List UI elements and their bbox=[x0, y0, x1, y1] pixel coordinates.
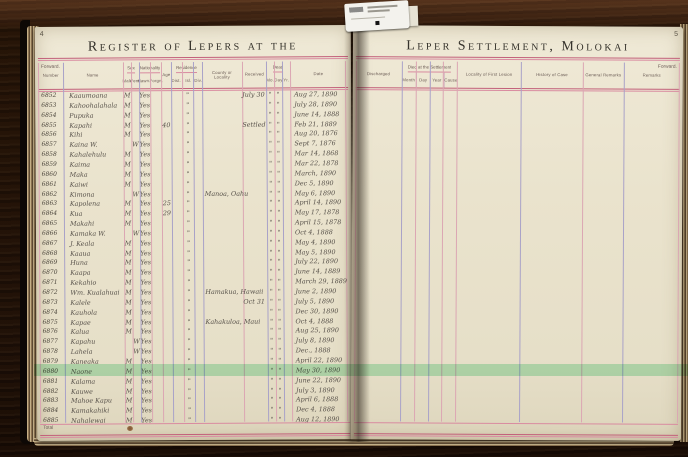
entry-female bbox=[131, 90, 139, 100]
entry-d2: " bbox=[275, 168, 283, 178]
entry-res1 bbox=[172, 228, 183, 238]
entry-d2: " bbox=[275, 178, 283, 188]
entry-haw: Yes bbox=[139, 90, 150, 100]
entry-date: April 15, 1878 bbox=[291, 217, 347, 227]
entry-haw: Yes bbox=[139, 100, 150, 110]
entry-received bbox=[243, 218, 267, 228]
entry-date: Dec 4, 1888 bbox=[292, 404, 348, 414]
entry-female: W bbox=[132, 189, 140, 199]
entry-female bbox=[132, 277, 140, 287]
entry-name: Kapahu bbox=[65, 337, 125, 347]
entry-d2: " bbox=[274, 99, 282, 109]
entry-male: M bbox=[124, 258, 132, 268]
entry-haw: Yes bbox=[140, 218, 151, 228]
entry-haw: Yes bbox=[141, 386, 152, 396]
entry-res2: " bbox=[184, 326, 195, 336]
entry-date: Dec 5, 1890 bbox=[291, 178, 347, 188]
entry-date: July 28, 1890 bbox=[290, 99, 346, 109]
entry-no: 6879 bbox=[40, 357, 65, 367]
entry-res2: " bbox=[184, 317, 195, 327]
entry-d1: " bbox=[268, 395, 276, 405]
entry-received bbox=[242, 139, 266, 149]
entry-res1 bbox=[172, 189, 183, 199]
entry-res3 bbox=[193, 110, 202, 120]
entry-female bbox=[132, 248, 140, 258]
entry-haw: Yes bbox=[139, 130, 150, 140]
entry-d1: " bbox=[266, 90, 274, 100]
entry-name: Kaiwi bbox=[64, 179, 124, 189]
entry-date: June 14, 1889 bbox=[291, 266, 347, 276]
entry-haw: Yes bbox=[140, 238, 151, 248]
entry-female bbox=[132, 218, 140, 228]
entry-for bbox=[151, 277, 162, 287]
entry-received: Oct 31 bbox=[243, 296, 267, 306]
entry-male: M bbox=[125, 386, 133, 396]
entry-name: Makahi bbox=[64, 218, 124, 228]
entry-for bbox=[151, 287, 162, 297]
entry-female bbox=[133, 356, 141, 366]
entry-received bbox=[243, 287, 267, 297]
entry-d3 bbox=[283, 296, 291, 306]
entry-name: Kaapa bbox=[64, 268, 124, 278]
entry-res3 bbox=[195, 326, 204, 336]
entry-d1: " bbox=[267, 247, 275, 257]
entry-d1: " bbox=[266, 99, 274, 109]
entry-age bbox=[162, 159, 172, 169]
entry-age bbox=[162, 258, 172, 268]
entry-for bbox=[152, 327, 163, 337]
entry-d3 bbox=[284, 326, 292, 336]
entry-name: Kaina W. bbox=[63, 140, 123, 150]
entry-received bbox=[243, 178, 267, 188]
entry-res1 bbox=[171, 90, 182, 100]
entry-county bbox=[203, 267, 243, 277]
entry-for bbox=[152, 366, 163, 376]
entry-d2: " bbox=[275, 198, 283, 208]
entry-name: Kua bbox=[64, 209, 124, 219]
entry-for bbox=[150, 120, 161, 130]
entry-male bbox=[125, 337, 133, 347]
entry-res2: " bbox=[182, 90, 193, 100]
entry-county: Manoa, Oahu bbox=[203, 188, 243, 198]
entry-res3 bbox=[194, 228, 203, 238]
entry-d3 bbox=[283, 247, 291, 257]
entry-county bbox=[202, 149, 242, 159]
entry-d3 bbox=[282, 99, 290, 109]
grid-column-line bbox=[455, 62, 520, 422]
entry-male bbox=[125, 346, 133, 356]
entry-female bbox=[131, 149, 139, 159]
entry-res2: " bbox=[184, 346, 195, 356]
entry-age bbox=[162, 297, 172, 307]
entry-male: M bbox=[123, 149, 131, 159]
entry-res1 bbox=[172, 218, 183, 228]
entry-haw: Yes bbox=[140, 248, 151, 258]
entry-haw: Yes bbox=[140, 287, 151, 297]
entry-for bbox=[151, 267, 162, 277]
entry-received bbox=[243, 188, 267, 198]
entry-res1 bbox=[172, 159, 183, 169]
entry-no: 6874 bbox=[39, 307, 64, 317]
entry-for bbox=[151, 218, 162, 228]
entry-no: 6876 bbox=[40, 327, 65, 337]
entry-female: W bbox=[133, 337, 141, 347]
entry-haw: Yes bbox=[140, 307, 151, 317]
entry-county bbox=[204, 395, 244, 405]
entry-no: 6869 bbox=[39, 258, 64, 268]
entry-d2: " bbox=[276, 355, 284, 365]
entry-county bbox=[204, 326, 244, 336]
entry-date: Mar 22, 1878 bbox=[291, 158, 347, 168]
entry-male: M bbox=[124, 278, 132, 288]
entry-d2: " bbox=[275, 227, 283, 237]
entry-res1 bbox=[172, 248, 183, 258]
entry-date: May 5, 1890 bbox=[291, 247, 347, 257]
entry-name: Kekahio bbox=[64, 278, 124, 288]
entry-county bbox=[202, 100, 242, 110]
entry-age bbox=[162, 248, 172, 258]
entry-for bbox=[150, 139, 161, 149]
entry-res3 bbox=[194, 179, 203, 189]
entry-female bbox=[131, 110, 139, 120]
entry-d3 bbox=[284, 316, 292, 326]
entry-female: W bbox=[133, 346, 141, 356]
entry-received bbox=[244, 405, 268, 415]
entry-d1: " bbox=[267, 237, 275, 247]
entry-res1 bbox=[172, 277, 183, 287]
entry-male: M bbox=[124, 218, 132, 228]
entry-for bbox=[150, 90, 161, 100]
entry-no: 6884 bbox=[40, 406, 65, 416]
entry-female bbox=[132, 179, 140, 189]
entry-res2: " bbox=[183, 228, 194, 238]
entry-haw: Yes bbox=[141, 356, 152, 366]
right-column-grid bbox=[354, 61, 680, 423]
entry-d1: " bbox=[267, 287, 275, 297]
entry-county bbox=[203, 257, 243, 267]
entry-d1: " bbox=[268, 385, 276, 395]
entry-d3 bbox=[283, 306, 291, 316]
entry-age bbox=[162, 238, 172, 248]
entry-no: 6855 bbox=[38, 120, 63, 130]
entry-male: M bbox=[124, 179, 132, 189]
entry-d2: " bbox=[275, 267, 283, 277]
entry-res3 bbox=[195, 376, 204, 386]
entry-d1: " bbox=[266, 109, 274, 119]
entry-d2: " bbox=[275, 218, 283, 228]
entry-age bbox=[161, 100, 171, 110]
entry-county bbox=[203, 159, 243, 169]
entry-county bbox=[202, 90, 242, 100]
entry-res2: " bbox=[183, 218, 194, 228]
entry-name: Lahela bbox=[65, 347, 125, 357]
entry-for bbox=[152, 336, 163, 346]
entry-res1 bbox=[172, 307, 183, 317]
entry-res3 bbox=[193, 100, 202, 110]
entry-date: July 22, 1890 bbox=[291, 257, 347, 267]
entry-d1: " bbox=[267, 306, 275, 316]
entry-received bbox=[243, 208, 267, 218]
entry-name: J. Keala bbox=[64, 238, 124, 248]
entry-age bbox=[161, 90, 171, 100]
entry-date: March 29, 1889 bbox=[291, 276, 347, 286]
entry-d2: " bbox=[275, 286, 283, 296]
entry-county bbox=[203, 178, 243, 188]
entry-res3 bbox=[193, 119, 202, 129]
entry-for bbox=[151, 179, 162, 189]
entry-no: 6870 bbox=[39, 268, 64, 278]
entry-name: Kamakahiki bbox=[65, 406, 125, 416]
entry-res3 bbox=[194, 287, 203, 297]
entry-d3 bbox=[282, 119, 290, 129]
entry-d3 bbox=[283, 267, 291, 277]
entry-res2: " bbox=[182, 120, 193, 130]
entry-res2: " bbox=[183, 238, 194, 248]
entry-date: July 5, 1890 bbox=[291, 296, 347, 306]
entry-d1: " bbox=[268, 405, 276, 415]
entry-d2: " bbox=[276, 395, 284, 405]
left-entries: 6852KaaumoanaMYes"July 30""Aug 27, 18906… bbox=[38, 89, 350, 441]
entry-haw: Yes bbox=[141, 405, 152, 415]
entry-d3 bbox=[283, 158, 291, 168]
entry-no: 6857 bbox=[38, 140, 63, 150]
entry-female bbox=[131, 120, 139, 130]
entry-no: 6881 bbox=[40, 376, 65, 386]
entry-d3 bbox=[283, 277, 291, 287]
entry-d3 bbox=[283, 237, 291, 247]
entry-haw: Yes bbox=[140, 297, 151, 307]
entry-res1 bbox=[171, 139, 182, 149]
entry-male: M bbox=[125, 366, 133, 376]
entry-male bbox=[124, 189, 132, 199]
entry-haw: Yes bbox=[139, 110, 150, 120]
entry-male: M bbox=[124, 209, 132, 219]
entry-res3 bbox=[194, 267, 203, 277]
entry-d3 bbox=[284, 385, 292, 395]
entry-res3 bbox=[193, 149, 202, 159]
entry-haw: Yes bbox=[140, 189, 151, 199]
entry-res2: " bbox=[183, 159, 194, 169]
entry-d1: " bbox=[267, 227, 275, 237]
entry-age bbox=[162, 179, 172, 189]
entry-res1 bbox=[173, 336, 184, 346]
entry-no: 6878 bbox=[40, 347, 65, 357]
entry-res2: " bbox=[184, 385, 195, 395]
entry-received bbox=[243, 198, 267, 208]
entry-no: 6877 bbox=[40, 337, 65, 347]
ledger-photo: 4 Register of Lepers at the NumberNameSe… bbox=[0, 0, 688, 457]
entry-county: Hamakua, Hawaii bbox=[203, 287, 243, 297]
entry-name: Wm. Kualahuai bbox=[64, 287, 124, 297]
entry-haw: Yes bbox=[139, 120, 150, 130]
entry-res1 bbox=[173, 356, 184, 366]
entry-res2: " bbox=[183, 179, 194, 189]
entry-county bbox=[203, 228, 243, 238]
entry-no: 6854 bbox=[38, 110, 63, 120]
entry-female bbox=[132, 159, 140, 169]
entry-female bbox=[131, 130, 139, 140]
entry-female bbox=[133, 327, 141, 337]
entry-female bbox=[133, 366, 141, 376]
entry-res2: " bbox=[183, 297, 194, 307]
entry-d1: " bbox=[267, 296, 275, 306]
entry-age bbox=[163, 317, 173, 327]
entry-county bbox=[202, 129, 242, 139]
entry-county bbox=[204, 385, 244, 395]
forward-label-right: Forward. bbox=[658, 65, 677, 70]
entry-d2: " bbox=[276, 385, 284, 395]
entry-res1 bbox=[173, 326, 184, 336]
entry-haw: Yes bbox=[140, 258, 151, 268]
entry-female bbox=[133, 317, 141, 327]
entry-res3 bbox=[195, 405, 204, 415]
entry-date: April 6, 1888 bbox=[292, 394, 348, 404]
entry-male: M bbox=[125, 396, 133, 406]
entry-male: M bbox=[124, 287, 132, 297]
entry-male: M bbox=[125, 376, 133, 386]
entry-no: 6862 bbox=[39, 189, 64, 199]
entry-age bbox=[163, 346, 173, 356]
entry-d2: " bbox=[274, 109, 282, 119]
entry-haw: Yes bbox=[140, 208, 151, 218]
entry-male: M bbox=[124, 169, 132, 179]
entry-for bbox=[151, 159, 162, 169]
entry-res3 bbox=[194, 188, 203, 198]
entry-name: Kapahi bbox=[63, 120, 123, 130]
entry-date: Oct 4, 1888 bbox=[291, 227, 347, 237]
entry-age bbox=[161, 110, 171, 120]
entry-no: 6880 bbox=[40, 367, 65, 377]
entry-res3 bbox=[193, 90, 202, 100]
entry-name: Kahalehulu bbox=[63, 150, 123, 160]
entry-date: May 6, 1890 bbox=[291, 188, 347, 198]
entry-county bbox=[204, 346, 244, 356]
entry-d1: " bbox=[268, 326, 276, 336]
entry-age bbox=[163, 395, 173, 405]
entry-d1: " bbox=[267, 158, 275, 168]
entry-res1 bbox=[172, 198, 183, 208]
entry-received bbox=[243, 306, 267, 316]
entry-no: 6853 bbox=[38, 101, 63, 111]
entry-age: 29 bbox=[162, 208, 172, 218]
entry-age bbox=[162, 277, 172, 287]
entry-date: Feb 21, 1889 bbox=[290, 119, 346, 129]
entry-age bbox=[163, 376, 173, 386]
entry-res3 bbox=[194, 297, 203, 307]
entry-no: 6873 bbox=[39, 298, 64, 308]
entry-d1: " bbox=[268, 355, 276, 365]
entry-res1 bbox=[173, 405, 184, 415]
entry-received bbox=[243, 267, 267, 277]
entry-for bbox=[151, 248, 162, 258]
entry-age bbox=[161, 139, 171, 149]
entry-name: Kapae bbox=[65, 317, 125, 327]
entry-res1 bbox=[172, 208, 183, 218]
entry-age bbox=[163, 386, 173, 396]
entry-name: Kapolena bbox=[64, 199, 124, 209]
entry-county bbox=[203, 198, 243, 208]
entry-age bbox=[163, 366, 173, 376]
entry-d2: " bbox=[275, 208, 283, 218]
entry-for bbox=[151, 169, 162, 179]
entry-female bbox=[132, 209, 140, 219]
entry-res3 bbox=[194, 277, 203, 287]
entry-for bbox=[152, 356, 163, 366]
entry-res3 bbox=[193, 129, 202, 139]
entry-for bbox=[151, 297, 162, 307]
entry-haw: Yes bbox=[140, 228, 151, 238]
entry-d2: " bbox=[274, 139, 282, 149]
entry-age bbox=[163, 405, 173, 415]
entry-d2: " bbox=[276, 405, 284, 415]
entry-no: 6865 bbox=[39, 219, 64, 229]
entry-res2: " bbox=[183, 189, 194, 199]
entry-res1 bbox=[172, 169, 183, 179]
entry-d2: " bbox=[276, 336, 284, 346]
entry-received bbox=[244, 375, 268, 385]
entry-name: Kaima bbox=[64, 159, 124, 169]
entry-no: 6875 bbox=[40, 317, 65, 327]
entry-d1: " bbox=[266, 129, 274, 139]
entry-no: 6856 bbox=[38, 130, 63, 140]
entry-no: 6858 bbox=[38, 150, 63, 160]
entry-date: Aug 20, 1876 bbox=[290, 128, 346, 138]
entry-haw: Yes bbox=[140, 179, 151, 189]
entry-for bbox=[150, 149, 161, 159]
entry-county bbox=[202, 119, 242, 129]
entry-d3 bbox=[283, 208, 291, 218]
entry-received bbox=[244, 316, 268, 326]
entry-res3 bbox=[194, 198, 203, 208]
entry-age bbox=[162, 189, 172, 199]
entry-res2: " bbox=[183, 248, 194, 258]
entry-d1: " bbox=[267, 267, 275, 277]
entry-res1 bbox=[173, 317, 184, 327]
entry-male: M bbox=[124, 159, 132, 169]
entry-haw: Yes bbox=[140, 169, 151, 179]
entry-received bbox=[242, 99, 266, 109]
entry-res1 bbox=[173, 395, 184, 405]
entry-male: M bbox=[125, 356, 133, 366]
tag-text-line bbox=[368, 9, 390, 12]
entry-for bbox=[150, 100, 161, 110]
entry-female bbox=[133, 396, 141, 406]
entry-d3 bbox=[283, 178, 291, 188]
entry-no: 6859 bbox=[39, 160, 64, 170]
entry-for bbox=[152, 396, 163, 406]
entry-county bbox=[203, 237, 243, 247]
entry-female bbox=[133, 376, 141, 386]
entry-res1 bbox=[172, 179, 183, 189]
entry-haw: Yes bbox=[140, 159, 151, 169]
entry-haw: Yes bbox=[140, 277, 151, 287]
entry-male: M bbox=[125, 317, 133, 327]
entry-female bbox=[132, 258, 140, 268]
register-left-page: 4 Register of Lepers at the NumberNameSe… bbox=[35, 25, 354, 441]
entry-d1: " bbox=[268, 316, 276, 326]
entry-res1 bbox=[172, 267, 183, 277]
entry-male: M bbox=[123, 110, 131, 120]
entry-age bbox=[162, 228, 172, 238]
entry-d2: " bbox=[275, 277, 283, 287]
right-page-title: Leper Settlement, Molokai bbox=[353, 38, 683, 56]
entry-no: 6872 bbox=[39, 288, 64, 298]
entry-no: 6867 bbox=[39, 239, 64, 249]
entry-res2: " bbox=[183, 277, 194, 287]
entry-received bbox=[244, 355, 268, 365]
entry-res3 bbox=[195, 385, 204, 395]
entry-male: M bbox=[123, 90, 131, 100]
